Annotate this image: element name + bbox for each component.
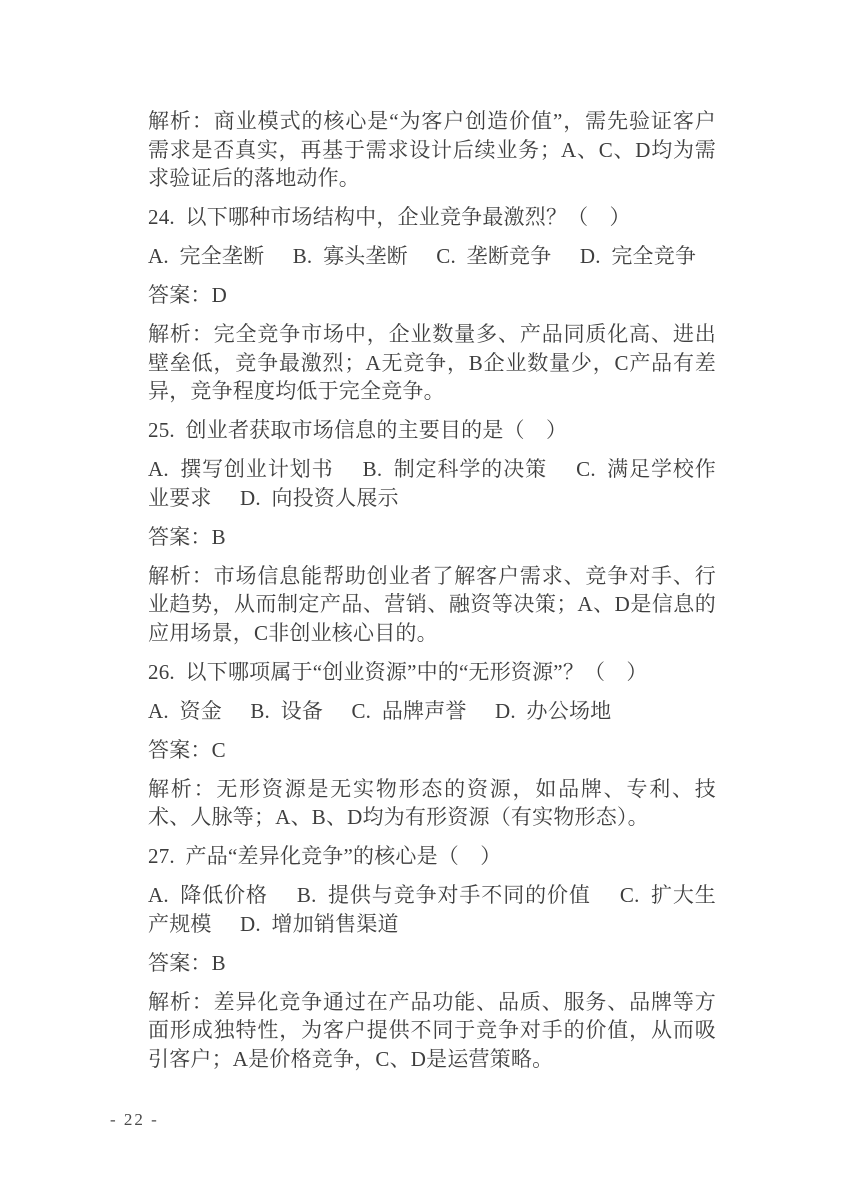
- question-27-answer: 答案：B: [148, 949, 716, 978]
- question-24-stem: 24. 以下哪种市场结构中，企业竞争最激烈？（ ）: [148, 203, 716, 232]
- page-number: - 22 -: [110, 1110, 159, 1130]
- question-26-explanation: 解析：无形资源是无实物形态的资源，如品牌、专利、技术、人脉等；A、B、D均为有形…: [148, 775, 716, 832]
- q23-explanation: 解析：商业模式的核心是“为客户创造价值”，需先验证客户需求是否真实，再基于需求设…: [148, 107, 716, 193]
- question-25-options: A. 撰写创业计划书 B. 制定科学的决策 C. 满足学校作业要求 D. 向投资…: [148, 455, 716, 512]
- question-26: 26. 以下哪项属于“创业资源”中的“无形资源”？（ ） A. 资金 B. 设备…: [148, 658, 716, 832]
- question-24-explanation: 解析：完全竞争市场中，企业数量多、产品同质化高、进出壁垒低，竞争最激烈；A无竞争…: [148, 320, 716, 406]
- question-27-stem: 27. 产品“差异化竞争”的核心是（ ）: [148, 842, 716, 871]
- question-27-explanation: 解析：差异化竞争通过在产品功能、品质、服务、品牌等方面形成独特性，为客户提供不同…: [148, 988, 716, 1074]
- exam-content: 解析：商业模式的核心是“为客户创造价值”，需先验证客户需求是否真实，再基于需求设…: [148, 107, 716, 1084]
- document-page: 解析：商业模式的核心是“为客户创造价值”，需先验证客户需求是否真实，再基于需求设…: [0, 0, 848, 1200]
- question-25-stem: 25. 创业者获取市场信息的主要目的是（ ）: [148, 416, 716, 445]
- question-26-stem: 26. 以下哪项属于“创业资源”中的“无形资源”？（ ）: [148, 658, 716, 687]
- question-25-answer: 答案：B: [148, 523, 716, 552]
- question-24-answer: 答案：D: [148, 281, 716, 310]
- question-26-options: A. 资金 B. 设备 C. 品牌声誉 D. 办公场地: [148, 697, 716, 726]
- question-24-options: A. 完全垄断 B. 寡头垄断 C. 垄断竞争 D. 完全竞争: [148, 242, 716, 271]
- question-24: 24. 以下哪种市场结构中，企业竞争最激烈？（ ） A. 完全垄断 B. 寡头垄…: [148, 203, 716, 406]
- question-27-options: A. 降低价格 B. 提供与竞争对手不同的价值 C. 扩大生产规模 D. 增加销…: [148, 881, 716, 938]
- question-26-answer: 答案：C: [148, 736, 716, 765]
- question-27: 27. 产品“差异化竞争”的核心是（ ） A. 降低价格 B. 提供与竞争对手不…: [148, 842, 716, 1073]
- question-25-explanation: 解析：市场信息能帮助创业者了解客户需求、竞争对手、行业趋势，从而制定产品、营销、…: [148, 562, 716, 648]
- question-25: 25. 创业者获取市场信息的主要目的是（ ） A. 撰写创业计划书 B. 制定科…: [148, 416, 716, 647]
